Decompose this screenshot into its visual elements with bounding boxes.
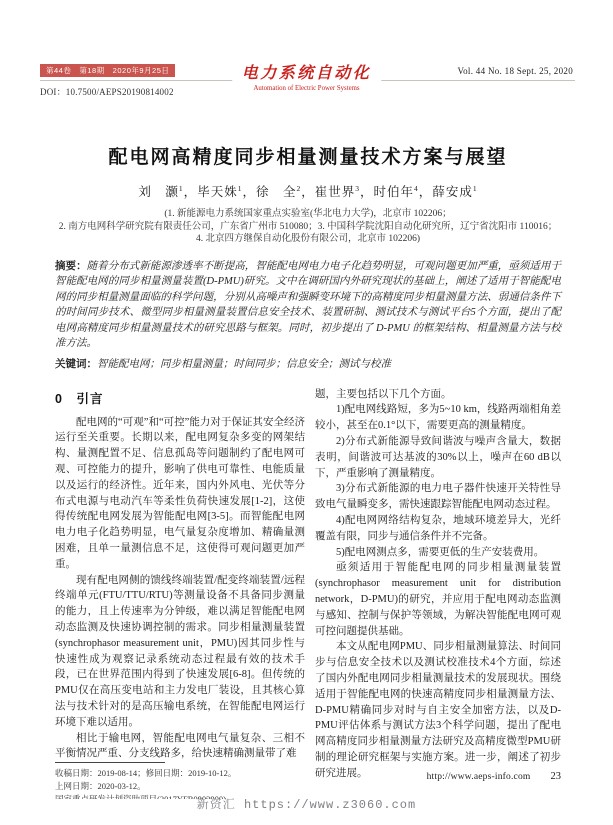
affiliation-line: 2. 南方电网科学研究院有限责任公司，广东省广州市 510080；3. 中国科学… bbox=[55, 221, 561, 234]
affiliations: (1. 新能源电力系统国家重点实验室(华北电力大学)，北京市 102206； 2… bbox=[55, 208, 561, 246]
intro-paragraph: 5)配电网测点多，需要更低的生产安装费用。 bbox=[315, 545, 561, 561]
page-number: 23 bbox=[551, 771, 562, 782]
section-heading: 0 引言 bbox=[55, 389, 305, 407]
abstract: 摘要：随着分布式新能源渗透率不断提高，智能配电网电力电子化趋势明显，可观问题更加… bbox=[55, 259, 561, 353]
right-column: 题，主要包括以下几个方面。 1)配电网线路短，多为5~10 km，线路两端相角差… bbox=[315, 387, 561, 799]
abstract-label: 摘要： bbox=[55, 260, 87, 272]
two-column-body: 0 引言 配电网的“可观”和“可控”能力对于保证其安全经济运行至关重要。长期以来… bbox=[55, 387, 561, 799]
left-column: 0 引言 配电网的“可观”和“可控”能力对于保证其安全经济运行至关重要。长期以来… bbox=[55, 387, 305, 799]
keywords-text: 智能配电网；同步相量测量；时间同步；信息安全；测试与校准 bbox=[97, 359, 391, 370]
intro-paragraph: 1)配电网线路短，多为5~10 km，线路两端相角差较小，甚至在0.1°以下，需… bbox=[315, 402, 561, 434]
intro-paragraph: 4)配电网网络结构复杂，地域环境差异大，光纤覆盖有限，同步与通信条件并不完备。 bbox=[315, 513, 561, 545]
intro-paragraph: 配电网的“可观”和“可控”能力对于保证其安全经济运行至关重要。长期以来，配电网复… bbox=[55, 415, 305, 573]
issue-box: 第44卷 第18期 2020年9月25日 bbox=[40, 64, 175, 77]
journal-header: 第44卷 第18期 2020年9月25日 DOI：10.7500/AEPS201… bbox=[0, 0, 613, 100]
author-line: 刘 灏1，毕天姝1，徐 全2，崔世界3，时伯年4，薛安成1 bbox=[55, 182, 561, 200]
footnote: 收稿日期：2019-08-14；修回日期：2019-10-12。 上网日期：20… bbox=[55, 762, 305, 798]
paper-content: 配电网高精度同步相量测量技术方案与展望 刘 灏1，毕天姝1，徐 全2，崔世界3，… bbox=[0, 0, 613, 799]
footnote-rule bbox=[55, 762, 165, 763]
page-footer: http://www.aeps-info.com23 bbox=[427, 771, 561, 782]
volume-info: Vol. 44 No. 18 Sept. 25, 2020 bbox=[451, 66, 575, 78]
affiliation-line: (1. 新能源电力系统国家重点实验室(华北电力大学)，北京市 102206； bbox=[55, 208, 561, 221]
intro-paragraph: 3)分布式新能源的电力电子器件快速开关特性导致电气量瞬变多，需快速跟踪智能配电网… bbox=[315, 481, 561, 513]
affiliation-line: 4. 北京四方继保自动化股份有限公司，北京市 102206) bbox=[55, 233, 561, 246]
journal-name-cn: 电力系统自动化 bbox=[242, 60, 372, 83]
intro-paragraph: 亟须适用于智能配电网的同步相量测量装置(synchrophasor measur… bbox=[315, 560, 561, 639]
journal-name-en: Automation of Electric Power Systems bbox=[242, 85, 372, 92]
intro-paragraph: 2)分布式新能源导致间谐波与噪声含量大，数据表明，间谐波可达基波的30%以上，噪… bbox=[315, 434, 561, 481]
watermark: 新资汇 https://www.z3060.com bbox=[0, 795, 613, 812]
page: 第44卷 第18期 2020年9月25日 DOI：10.7500/AEPS201… bbox=[0, 0, 613, 825]
paper-title: 配电网高精度同步相量测量技术方案与展望 bbox=[55, 142, 561, 169]
doi-text: DOI：10.7500/AEPS20190814002 bbox=[40, 85, 174, 98]
abstract-text: 随着分布式新能源渗透率不断提高，智能配电网电力电子化趋势明显，可观问题更加严重，… bbox=[55, 261, 561, 350]
intro-paragraph: 现有配电网侧的馈线终端装置/配变终端装置/远程终端单元(FTU/TTU/RTU)… bbox=[55, 573, 305, 731]
intro-paragraph: 题，主要包括以下几个方面。 bbox=[315, 387, 561, 403]
footnote-line: 收稿日期：2019-08-14；修回日期：2019-10-12。 bbox=[55, 767, 305, 780]
footnote-line: 上网日期：2020-03-12。 bbox=[55, 780, 305, 793]
keywords: 关键词：智能配电网；同步相量测量；时间同步；信息安全；测试与校准 bbox=[55, 357, 561, 373]
journal-logo: 电力系统自动化 Automation of Electric Power Sys… bbox=[232, 60, 382, 92]
intro-paragraph: 本文从配电网PMU、同步相量测量算法、时间同步与信息安全技术以及测试校准技术4个… bbox=[315, 639, 561, 781]
keywords-label: 关键词： bbox=[55, 358, 97, 370]
intro-paragraph: 相比于输电网，智能配电网电气量复杂、三相不平衡情况严重、分支线路多，给快速精确测… bbox=[55, 731, 305, 763]
footer-url[interactable]: http://www.aeps-info.com bbox=[427, 772, 531, 782]
